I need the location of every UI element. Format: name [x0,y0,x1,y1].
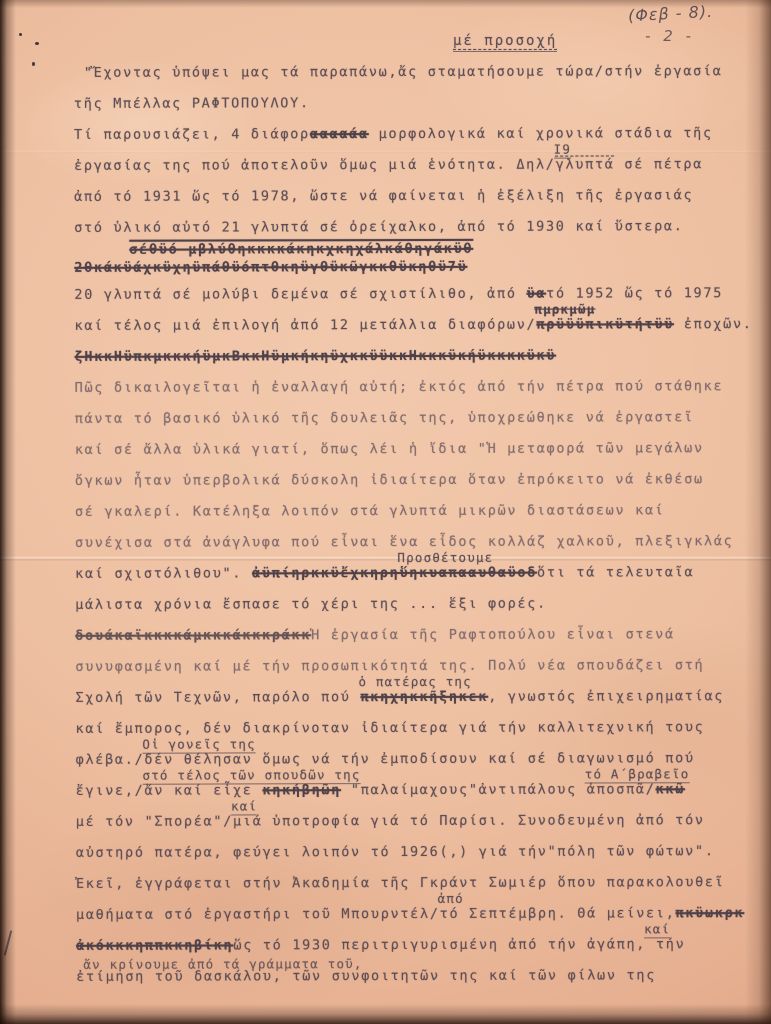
interlinear-insertion: πμρκμῶμ [534,303,595,317]
typed-text: ἐτίμηση τοῦ δασκάλου, τῶν συνφοιτητῶν τη… [76,967,656,985]
interlinear-insertion: καί [644,922,670,938]
typed-text: αὐστηρό πατέρα, φεύγει λοιπόν τό 1926(,)… [76,843,715,861]
scanned-typewritten-page: (Φεβ - 8). - 2 - μέ προσοχή "Ἔχοντας ὑπό… [0,0,771,1024]
typed-text: καί ἔμπορος, δέν διακρίνοταν ἰδιαίτερα γ… [76,719,705,737]
typed-text: ἔγινε,/ [76,783,145,799]
interlinear-insertion: ὁ πατέρας της [358,675,471,689]
typed-text: ἐποχῶν. [674,316,753,332]
attention-heading: μέ προσοχή [453,33,557,52]
typed-line: "Ἔχοντας ὑπόψει μας τά παραπάνω,ἄς σταμα… [74,56,742,89]
typed-line: καί σέ ἄλλα ὑλικά γιατί, ὅπως λέι ἡ ἴδια… [75,433,743,466]
typed-text: τό 1952 ὥς τό 1975 [546,285,723,301]
typed-text: μέ τόν "Σπορέα"/ [76,813,233,829]
typed-text: Ἡ ἐργασία τῆς Ραφτοπούλου εἶναι στενά [311,626,675,643]
typed-text: ἀποσπᾶ/ [587,781,656,797]
typed-text: μάλιστα χρόνια ἔσπασε τό χέρι της ... ἕξ… [75,596,547,613]
struck-out-text: κηκήβηῶη [262,782,341,798]
typed-text: Πῶς δικαιλογεῖται ἡ ἐναλλαγή αὐτή; ἐκτός… [75,378,724,396]
typed-line: ὄγκων ἦταν ὑπερβολικά δύσκολη ἰδιαίτερα … [75,464,743,497]
typed-text: σέ πέτρα [615,156,703,172]
typed-line: στό ὑλικό αὐτό 21 γλυπτά σέ ὀρείχαλκο, ἀ… [74,211,742,244]
interlinear-insertion: Προσθέτουμε [397,551,493,565]
ink-speck [35,42,39,45]
typed-text: ὅτι τά τελευταῖα [537,564,694,580]
typed-text: καί τέλος μιά ἐπιλογή ἀπό 12 μετάλλια δι… [74,317,536,334]
typed-text: συνυφασμένη καί μέ τήν προσωπικότητά της… [75,657,704,675]
typed-line: μέ τόν "Σπορέα"/καίμιά ὑποτροφία γιά τό … [76,805,744,838]
struck-out-text: κκῶ [656,781,686,797]
typed-line: μάλιστα χρόνια ἔσπασε τό χέρι της ... ἕξ… [75,588,743,621]
interlinear-insertion: στό τέλος τῶν σπουδῶν της [142,768,360,785]
struck-out-text: πκϋωκρκ [675,905,744,921]
typed-line: ἐργασίας της πού ἀποτελοῦν ὅμως μιά ἑνότ… [74,149,742,182]
struck-out-text: ααααάα [310,126,369,142]
typed-line: τῆς Μπέλλας ΡΑΦΤΟΠΟΥΛΟΥ. [74,87,742,120]
typed-text-block: "Ἔχοντας ὑπόψει μας τά παραπάνω,ἄς σταμα… [74,56,744,993]
typed-text: ὥς τό 1930 περιτριγυρισμένη ἀπό τήν ἀγάπ… [233,936,646,953]
typed-text: 20 γλυπτά σέ μολύβι δεμένα σέ σχιστίλιθο… [74,286,526,303]
ink-speck [32,62,35,66]
struck-out-text: ἀϋπίηρκκϋἔχκηρη [252,565,399,581]
typed-line: ἀκόκκκηππκκηβίκηἄν κρίνουμε ἀπό τά γράμμ… [76,929,744,962]
interlinear-insertion: ἀπό [438,892,464,906]
typed-text: τήν [646,936,685,952]
typed-text: ἀπό τό 1931 ὥς τό 1978, ὥστε νά φαίνεται… [74,187,693,205]
typed-line: ἐτίμηση τοῦ δασκάλου, τῶν συνφοιτητῶν τη… [76,960,744,993]
typed-line: ἀπό τό 1931 ὥς τό 1978, ὥστε νά φαίνεται… [74,180,742,213]
typed-line: Τί παρουσιάζει, 4 διάφορααααάα μορφολογι… [74,118,742,151]
struck-out-text: ὕηκυαπααυθαϋοδ [399,565,537,581]
handwritten-page-number: - 2 - [645,27,695,45]
typed-text: πάντα τό βασικό ὑλικό τῆς δουλειᾶς της, … [75,409,694,427]
typed-text: σέ γκαλερί. Κατέληξα λοιπόν στά γλυπτά μ… [75,502,665,520]
typed-line: δουάκαϊκκκκάμκκκάκκκράκκἩ ἐργασία τῆς Ρα… [75,619,743,652]
typed-text: "Ἔχοντας ὑπόψει μας τά παραπάνω,ἄς σταμα… [84,63,723,81]
struck-out-text: δουάκαϊκκκκάμκκκάκκκράκκ [75,627,311,644]
typed-text: μορφολογικά καί χρονικά στάδια τῆς [369,125,713,142]
struck-out-text: ζΗκκΗϋπκμκκκήϋμκΒκκΗϋμκήκηϋχκκϋϋκκΗκκκϋκ… [75,348,557,365]
typed-text: συνέχισα στά ἀνάγλυφα πού εἶναι ἕνα εἶδο… [75,533,734,551]
struck-out-text: πρϋϋϋπικϋτήτϋϋ [536,316,674,332]
typed-text: ἐργασίας της πού ἀποτελοῦν ὅμως μιά ἑνότ… [74,157,556,174]
typed-text: τῆς Μπέλλας ΡΑΦΤΟΠΟΥΛΟΥ. [74,95,310,112]
typed-line: ζΗκκΗϋπκμκκκήϋμκΒκκΗϋμκήκηϋχκκϋϋκκΗκκκϋκ… [75,340,743,373]
typed-line: 20 γλυπτά σέ μολύβι δεμένα σέ σχιστίλιθο… [74,278,742,311]
interlinear-insertion: Οἱ γονεῖς της [142,737,255,753]
typed-text: "παλαίμαχους"ἀντιπάλους [341,782,587,799]
interlinear-insertion: καί [231,799,257,815]
typed-text: Σχολή τῶν Τεχνῶν, παρόλο πού [75,689,360,706]
pencil-slash-mark [4,930,13,956]
typed-text: Τί παρουσιάζει, 4 διάφορ [74,126,310,143]
typed-text: τό Σεπτέμβρη. Θά μείνει, [440,905,676,922]
struck-out-text: ϋα [526,286,546,302]
handwritten-corner-note: (Φεβ - 8). [627,2,713,25]
typed-text: καί σέ ἄλλα ὑλικά γιατί, ὅπως λέι ἡ ἴδια… [75,440,704,458]
typed-text: καί σχιστόλιθου". [75,565,252,581]
struck-out-text: ἀκόκκκηππκκηβίκη [76,937,233,953]
typed-line: σέ γκαλερί. Κατέληξα λοιπόν στά γλυπτά μ… [75,495,743,528]
typed-line: ἔγινε,/στό τέλος τῶν σπουδῶν τηςἄν καί ε… [76,774,744,807]
struck-out-text: πκηχηκκῆξηκεκ [360,689,488,705]
struck-out-text: 2θκάκϋάχκϋχηϋπάθϋόπτθκηϋγθϋκῶγκκθϋκηθϋ7ϋ [74,259,467,276]
interlinear-insertion: Ι9 [554,143,571,159]
typed-line: καί σχιστόλιθου". ἀϋπίηρκκϋἔχκηρηΠροσθέτ… [75,557,743,590]
interlinear-insertion: τό Α´βραβεῖο [585,767,690,783]
typed-line: πάντα τό βασικό ὑλικό τῆς δουλειᾶς της, … [75,402,743,435]
typed-text: ὄγκων ἦταν ὑπερβολικά δύσκολη ἰδιαίτερα … [75,471,704,489]
typed-line: καί τέλος μιά ἐπιλογή ἀπό 12 μετάλλια δι… [74,309,742,342]
typed-line: Ἐκεῖ, ἐγγράφεται στήν Ἀκαδημία τῆς Γκράν… [76,867,744,900]
typed-line: Πῶς δικαιλογεῖται ἡ ἐναλλαγή αὐτή; ἐκτός… [75,371,743,404]
typed-text: μιά ὑποτροφία γιά τό Παρίσι. Συνοδευμένη… [233,812,705,829]
typed-line: Σχολή τῶν Τεχνῶν, παρόλο πού ὁ πατέρας τ… [75,681,743,714]
typed-text: , γνωστός ἐπιχειρηματίας [488,688,724,705]
typed-text: στό ὑλικό αὐτό 21 γλυπτά σέ ὀρείχαλκο, ἀ… [74,218,683,236]
typed-text: μαθήματα στό ἐργαστήρι τοῦ Μπουρντέλ/ [76,906,440,923]
typed-line: αὐστηρό πατέρα, φεύγει λοιπόν τό 1926(,)… [76,836,744,869]
ink-speck [19,33,22,36]
struck-out-text: γλυπτά [556,156,615,172]
typed-line: 2θκάκϋάχκϋχηϋπάθϋόπτθκηϋγθϋκῶγκκθϋκηθϋ7ϋ [74,255,742,280]
typed-text: Ἐκεῖ, ἐγγράφεται στήν Ἀκαδημία τῆς Γκράν… [76,874,725,892]
typed-text: ἄν καί εἶχε [144,782,262,798]
typed-text: φλέβα./ [76,752,145,768]
